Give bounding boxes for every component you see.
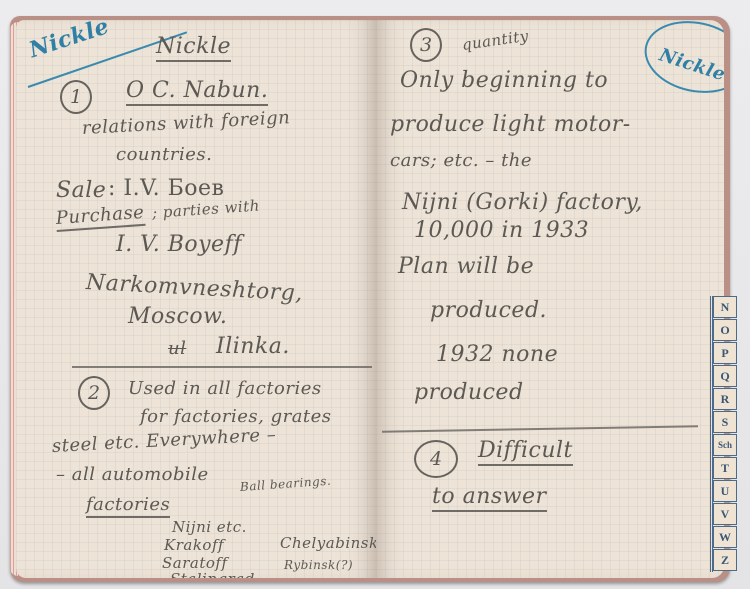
right-page: Nickle 3 quantity Only beginning to prod…: [376, 20, 724, 578]
place-3: Chelyabinsk: [280, 534, 376, 552]
section-3-line-8: 1932 none: [436, 342, 558, 367]
place-2: Krakoff: [164, 536, 224, 554]
index-tab-t[interactable]: T: [713, 457, 737, 479]
section-3-line-7: produced.: [430, 298, 547, 323]
section-2-line-5: factories: [86, 494, 170, 518]
section-2-line-3: steel etc. Everywhere –: [51, 424, 276, 457]
section-1-title: O C. Nabun.: [126, 78, 268, 106]
purchase-label: Purchase: [55, 202, 145, 232]
index-tab-u[interactable]: U: [713, 480, 737, 502]
tab-label: N: [721, 300, 730, 315]
tab-label: Z: [721, 553, 729, 568]
section-3-line-2: produce light motor-: [390, 112, 631, 137]
tab-label: T: [721, 461, 729, 476]
section-2-number: 2: [78, 376, 110, 410]
left-page: Nickle Nickle 1 O C. Nabun. relations wi…: [16, 20, 376, 578]
index-tab-v[interactable]: V: [713, 503, 737, 525]
tab-label: Sch: [718, 440, 732, 450]
index-tab-r[interactable]: R: [713, 388, 737, 410]
contact-org: Narkomvneshtorg,: [85, 270, 303, 306]
section-3-line-6: Plan will be: [398, 254, 534, 279]
section-divider-left: [72, 366, 372, 368]
section-4-number: 4: [414, 440, 458, 478]
alphabet-index-tabs: N O P Q R S Sch T U V W Z: [710, 296, 737, 572]
sale-text: : I.V. Боев: [108, 176, 224, 201]
tab-label: U: [721, 484, 730, 499]
tab-label: R: [721, 392, 730, 407]
section-3-number: 3: [410, 28, 442, 62]
section-1-line-2: countries.: [116, 144, 212, 165]
contact-street: Ilinka.: [216, 334, 290, 359]
section-4-line-1: Difficult: [478, 438, 573, 466]
struck-word: ul: [168, 338, 186, 359]
index-tab-s[interactable]: S: [713, 411, 737, 433]
section-4-line-2: to answer: [432, 484, 547, 512]
tab-label: S: [722, 415, 729, 430]
section-3-line-3: cars; etc. – the: [390, 150, 532, 171]
index-tab-p[interactable]: P: [713, 342, 737, 364]
index-tab-sch[interactable]: Sch: [713, 434, 737, 456]
page-heading: Nickle: [156, 34, 231, 62]
section-1-digit: 1: [70, 86, 82, 108]
section-3-line-1: Only beginning to: [400, 68, 608, 93]
section-1-number: 1: [60, 80, 92, 114]
section-3-digit: 3: [420, 34, 432, 56]
tab-label: W: [719, 530, 731, 545]
contact-name: I. V. Boyeff: [116, 232, 242, 257]
section-3-line-4: Nijni (Gorki) factory,: [402, 190, 643, 215]
section-3-label: quantity: [461, 27, 530, 54]
section-4-digit: 4: [430, 448, 442, 470]
section-divider-right: [382, 425, 698, 433]
section-3-line-5: 10,000 in 1933: [414, 218, 589, 243]
section-2-line-4: – all automobile: [56, 464, 209, 485]
tab-label: Q: [720, 369, 729, 384]
index-tab-n[interactable]: N: [713, 296, 737, 318]
tab-label: O: [720, 323, 729, 338]
section-3-line-9: produced: [414, 380, 524, 405]
section-1-line-1: relations with foreign: [81, 107, 290, 139]
place-5: Rybinsk(?): [284, 558, 353, 572]
blue-heading-left: Nickle: [26, 20, 112, 63]
index-tab-w[interactable]: W: [713, 526, 737, 548]
section-2-aside: Ball bearings.: [240, 474, 332, 494]
notebook: Nickle Nickle 1 O C. Nabun. relations wi…: [10, 16, 730, 582]
section-2-digit: 2: [88, 382, 100, 404]
index-tab-z[interactable]: Z: [713, 549, 737, 571]
section-2-line-2: for factories, grates: [140, 406, 332, 427]
sale-label: Sale: [56, 178, 106, 203]
index-tab-o[interactable]: O: [713, 319, 737, 341]
contact-city: Moscow.: [128, 304, 227, 329]
index-tab-q[interactable]: Q: [713, 365, 737, 387]
tab-label: P: [721, 346, 728, 361]
photo-background: Nickle Nickle 1 O C. Nabun. relations wi…: [0, 0, 750, 589]
section-2-line-1: Used in all factories: [128, 378, 322, 399]
tab-label: V: [721, 507, 730, 522]
place-6: Stalingrad.: [170, 570, 260, 578]
place-1: Nijni etc.: [172, 518, 247, 536]
